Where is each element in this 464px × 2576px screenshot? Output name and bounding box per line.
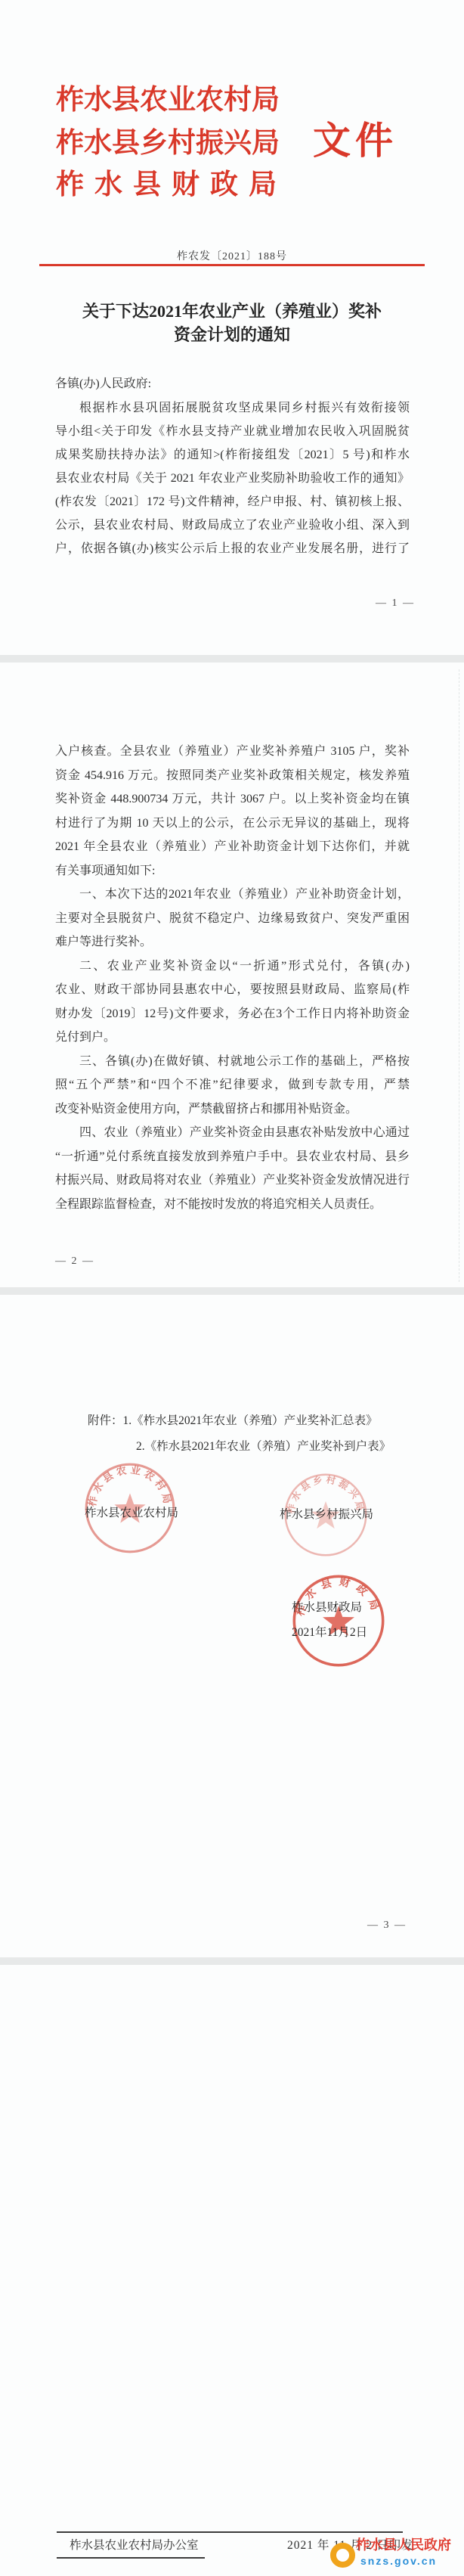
body-line: 财办发〔2019〕12号)文件要求，务必在3个工作日内将补助资金 [55, 1002, 410, 1026]
body-line: (柞农发〔2021〕172 号)文件精神，经户申报、村、镇初核上报、 [55, 490, 410, 514]
body-line: 村进行了为期 10 天以上的公示，在公示无异议的基础上，现将 [55, 812, 410, 836]
scanned-official-document: 柞水县农业农村局 柞水县乡村振兴局文件 柞水县财政局 柞农发〔2021〕188号… [0, 0, 464, 2576]
body-line: 公示，县农业农村局、财政局成立了农业产业验收小组、深入到 [55, 514, 410, 537]
signature-org-2: 柞水县乡村振兴局 [280, 1505, 373, 1522]
footer-top-rule [57, 2531, 403, 2533]
body-line: 村振兴局、财政局将对农业（养殖业）产业奖补资金发放情况进行 [55, 1169, 410, 1193]
body-line: 农业、财政干部协同县惠农中心，要按照县财政局、监察局(柞 [55, 978, 410, 1002]
gov-site-name: 柞水县人民政府 [356, 2534, 451, 2554]
body-line: 改变补贴资金使用方向，严禁截留挤占和挪用补贴资金。 [55, 1097, 410, 1122]
attachments-label: 附件： [88, 1414, 123, 1427]
issuing-org-2-name: 柞水县乡村振兴局 [56, 128, 280, 159]
official-seal-finance-bureau: 柞水县财政局 [289, 1572, 388, 1670]
body-line: 难户等进行奖补。 [55, 930, 410, 954]
body-line: “一折通”兑付系统直接发放到养殖户手中。县农业农村局、县乡 [55, 1145, 410, 1169]
doc-title-line-2: 资金计划的通知 [0, 323, 464, 346]
page1-body: 根据柞水县巩固拓展脱贫攻坚成果同乡村振兴有效衔接领 导小组<关于印发《柞水县支持… [55, 396, 410, 560]
issuing-org-line-1: 柞水县农业农村局 [56, 83, 280, 118]
body-line: 2021 年全县农业（养殖业）产业补助资金计划下达你们，并就 [55, 835, 410, 859]
body-line: 四、农业（养殖业）产业奖补资金由县惠农补贴发放中心通过 [55, 1121, 410, 1145]
page-separator [0, 655, 464, 663]
footer-issuing-office: 柞水县农业农村局办公室 [70, 2536, 199, 2553]
body-line: 照“五个严禁”和“四个不准”纪律要求，做到专款专用，严禁 [55, 1073, 410, 1097]
page-number-3: — 3 — [367, 1920, 407, 1932]
body-line: 二、农业产业奖补资金以“一折通”形式兑付，各镇(办) [55, 954, 410, 979]
page-number-1: — 1 — [376, 597, 415, 610]
doc-title-line-1: 关于下达2021年农业产业（养殖业）奖补 [0, 299, 464, 323]
doc-number: 柞农发〔2021〕188号 [0, 248, 464, 263]
page2-body: 入户核查。全县农业（养殖业）产业奖补养殖户 3105 户，奖补 资金 454.9… [55, 740, 410, 1216]
issuing-org-line-3: 柞水县财政局 [56, 168, 287, 203]
attachment-2: 2.《柞水县2021年农业（养殖）产业奖补到户表》 [88, 1434, 420, 1460]
body-line: 导小组<关于印发《柞水县支持产业就业增加农民收入巩固脱贫 [55, 420, 410, 443]
attachments-list: 附件：1.《柞水县2021年农业（养殖）产业奖补汇总表》 2.《柞水县2021年… [88, 1408, 420, 1460]
body-line: 三、各镇(办)在做好镇、村就地公示工作的基础上，严格按 [55, 1050, 410, 1074]
page-separator [0, 1287, 464, 1295]
issuing-org-line-2: 柞水县乡村振兴局文件 [56, 123, 397, 161]
body-line: 资金 454.916 万元。按照同类产业奖补政策相关规定，核发养殖 [55, 764, 410, 788]
doc-type-label: 文件 [313, 119, 397, 162]
body-line: 县农业农村局《关于 2021 年农业产业奖励补助验收工作的通知》 [55, 467, 410, 490]
body-line: 入户核查。全县农业（养殖业）产业奖补养殖户 3105 户，奖补 [55, 740, 410, 764]
body-line: 成果奖励扶持办法》的通知>(柞衔接组发〔2021〕5 号)和柞水 [55, 443, 410, 467]
body-line: 主要对全县脱贫户、脱贫不稳定户、边缘易致贫户、突发严重困 [55, 907, 410, 931]
signature-org-1: 柞水县农业农村局 [85, 1504, 178, 1520]
body-line: 全程跟踪监督检查，对不能按时发放的将追究相关人员责任。 [55, 1193, 410, 1217]
body-line: 一、本次下达的2021年农业（养殖业）产业补助资金计划， [55, 883, 410, 907]
gov-site-url: snzs.gov.cn [360, 2555, 437, 2567]
body-line: 根据柞水县巩固拓展脱贫攻坚成果同乡村振兴有效衔接领 [55, 396, 410, 420]
page-separator [0, 1957, 464, 1965]
attachment-item: 附件：1.《柞水县2021年农业（养殖）产业奖补汇总表》 [88, 1408, 420, 1434]
body-line: 兑付到户。 [55, 1026, 410, 1050]
doc-title: 关于下达2021年农业产业（养殖业）奖补 资金计划的通知 [0, 299, 464, 346]
body-line: 奖补资金 448.900734 万元，共计 3067 户。以上奖补资金均在镇 [55, 787, 410, 812]
addressee: 各镇(办)人民政府: [55, 374, 151, 391]
body-line: 有关事项通知如下: [55, 859, 410, 883]
signature-org-3: 柞水县财政局 [292, 1598, 362, 1615]
body-line: 户，依据各镇(办)核实公示后上报的农业产业发展名册，进行了 [55, 537, 410, 560]
footer-bottom-rule [57, 2557, 205, 2559]
gov-site-logo-icon [330, 2543, 355, 2568]
page-number-2: — 2 — [55, 1255, 94, 1268]
red-divider-rule [39, 264, 425, 266]
signature-date: 2021年11月2日 [292, 1623, 367, 1640]
attachment-1: 1.《柞水县2021年农业（养殖）产业奖补汇总表》 [123, 1414, 378, 1427]
scan-artifact-line [459, 669, 459, 1282]
